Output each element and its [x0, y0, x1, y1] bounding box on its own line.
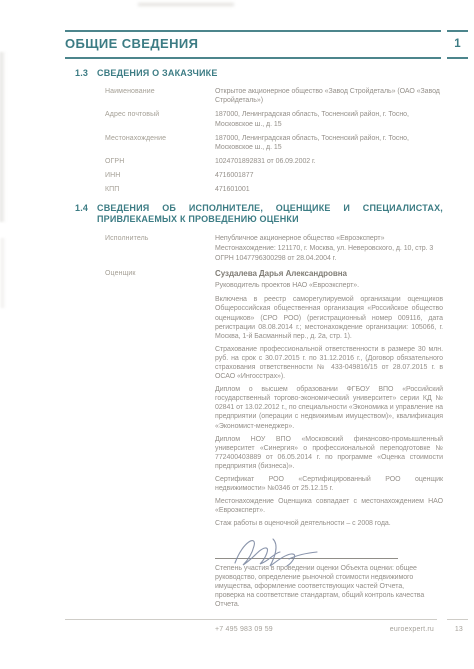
- page-content: 1.3 СВЕДЕНИЯ О ЗАКАЗЧИКЕ Наименование От…: [65, 68, 443, 609]
- executor-address: Местонахождение: 121170, г. Москва, ул. …: [215, 244, 443, 253]
- document-page: ОБЩИЕ СВЕДЕНИЯ 1 1.3 СВЕДЕНИЯ О ЗАКАЗЧИК…: [0, 0, 474, 669]
- section-title: СВЕДЕНИЯ ОБ ИСПОЛНИТЕЛЕ, ОЦЕНЩИКЕ И СПЕЦ…: [97, 203, 443, 226]
- field-value: 471601001: [215, 185, 443, 194]
- field-value: 187000, Ленинградская область, Тосненски…: [215, 110, 443, 128]
- header-rule-bottom: [65, 57, 441, 59]
- footer-website: euroexpert.ru: [390, 626, 434, 633]
- signature-block: [215, 535, 398, 559]
- field-label: Исполнитель: [105, 234, 215, 264]
- customer-info-table: Наименование Открытое акционерное общест…: [105, 87, 443, 194]
- header-rule-top: [65, 30, 441, 32]
- field-value: 187000, Ленинградская область, Тосненски…: [215, 134, 443, 152]
- chapter-rule-top: [447, 30, 468, 32]
- executor-name: Непубличное акционерное общество «Евроэк…: [215, 234, 443, 243]
- appraiser-experience-paragraph: Стаж работы в оценочной деятельности – с…: [215, 519, 443, 528]
- field-label: Местонахождение: [105, 134, 215, 152]
- chapter-number: 1: [447, 38, 468, 50]
- field-label: ИНН: [105, 171, 215, 180]
- field-value: Открытое акционерное общество «Завод Стр…: [215, 87, 443, 105]
- field-value: 1024701892831 от 06.09.2002 г.: [215, 157, 443, 166]
- footer-rule: [65, 619, 437, 620]
- section-1-3-heading: 1.3 СВЕДЕНИЯ О ЗАКАЗЧИКЕ: [75, 68, 443, 79]
- signature-line: [215, 558, 398, 559]
- page-title: ОБЩИЕ СВЕДЕНИЯ: [65, 36, 198, 51]
- field-value: 4716001877: [215, 171, 443, 180]
- section-number: 1.3: [75, 68, 97, 79]
- appraiser-sro-paragraph: Включена в реестр саморегулируемой орган…: [215, 295, 443, 340]
- chapter-rule-bottom: [447, 57, 468, 59]
- appraiser-location-paragraph: Местонахождение Оценщика совпадает с мес…: [215, 497, 443, 515]
- appraiser-insurance-paragraph: Страхование профессиональной ответственн…: [215, 345, 443, 381]
- section-title: СВЕДЕНИЯ О ЗАКАЗЧИКЕ: [97, 68, 443, 79]
- footer-phone: +7 495 983 09 59: [215, 626, 273, 633]
- appraiser-role: Руководитель проектов НАО «Евроэксперт».: [215, 281, 443, 290]
- appraiser-retraining-paragraph: Диплом НОУ ВПО «Московский финансово-про…: [215, 435, 443, 471]
- field-label: Оценщик: [105, 269, 215, 609]
- scan-artifact: [1, 238, 6, 308]
- footer-page-rule: [447, 619, 468, 620]
- footer-page-number: 13: [455, 626, 463, 633]
- field-label: Наименование: [105, 87, 215, 105]
- section-number: 1.4: [75, 203, 97, 226]
- appraiser-certificate-paragraph: Сертификат РОО «Сертифицированный РОО оц…: [215, 475, 443, 493]
- scan-artifact: [0, 52, 6, 222]
- appraiser-details: Суздалева Дарья Александровна Руководите…: [215, 269, 443, 609]
- executor-details: Непубличное акционерное общество «Евроэк…: [215, 234, 443, 264]
- appraiser-name: Суздалева Дарья Александровна: [215, 269, 443, 279]
- section-1-4-heading: 1.4 СВЕДЕНИЯ ОБ ИСПОЛНИТЕЛЕ, ОЦЕНЩИКЕ И …: [75, 203, 443, 226]
- participation-paragraph: Степень участия в проведении оценки Объе…: [215, 564, 429, 609]
- appraiser-diploma-paragraph: Диплом о высшем образовании ФГБОУ ВПО «Р…: [215, 385, 443, 430]
- scan-artifact: [138, 3, 234, 6]
- field-label: КПП: [105, 185, 215, 194]
- field-label: ОГРН: [105, 157, 215, 166]
- executor-ogrn: ОГРН 1047796300298 от 28.04.2004 г.: [215, 254, 443, 263]
- contractor-info-table: Исполнитель Непубличное акционерное обще…: [105, 234, 443, 609]
- field-label: Адрес почтовый: [105, 110, 215, 128]
